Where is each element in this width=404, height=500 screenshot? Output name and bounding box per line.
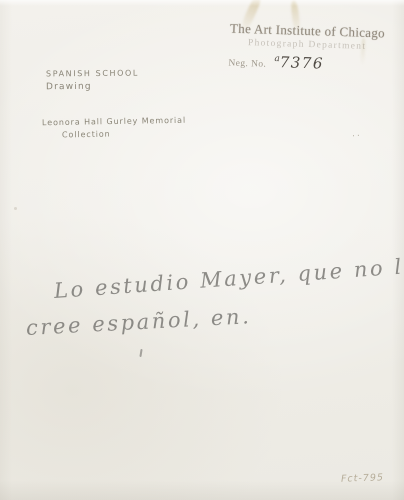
negative-number-digits: 7376 [279,53,324,72]
medium-annotation: Drawing [46,82,92,92]
negative-number-label: Neg. No. [228,59,266,70]
collection-annotation-line2: Collection [62,130,111,140]
margin-dots: .. [352,129,362,140]
negative-number-row: Neg. No. a7376 [228,51,395,75]
negative-number-value: a7376 [274,53,324,73]
corner-catalog-number: Fct-795 [341,472,384,484]
handwritten-inscription-line1: Lo estudio Mayer, que no lo [53,254,404,303]
paper-speck [14,207,17,210]
school-annotation: SPANISH SCHOOL [46,69,139,79]
collection-annotation-line1: Leonora Hall Gurley Memorial [42,116,186,128]
art-institute-stamp: The Art Institute of Chicago Photograph … [218,20,395,75]
photograph-verso: The Art Institute of Chicago Photograph … [0,0,404,500]
stray-pencil-mark [139,349,142,357]
handwritten-inscription-line2: cree español, en. [25,304,252,340]
